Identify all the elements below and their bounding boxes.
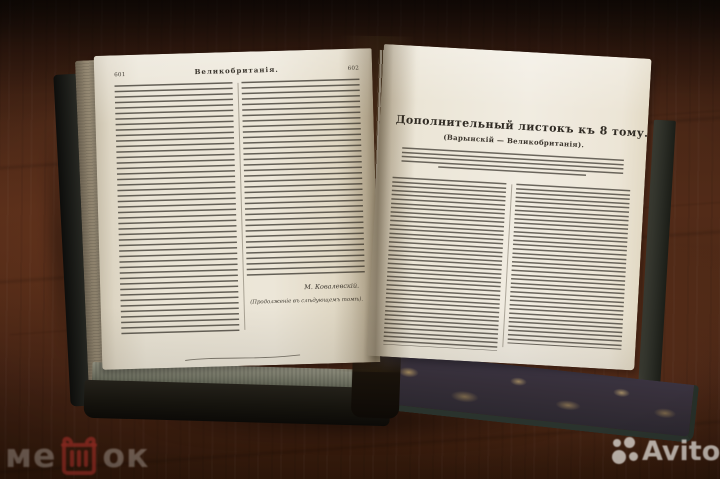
- avito-dots-icon: [612, 437, 639, 467]
- right-column: М. Ковалевскій. (Продолженіе въ слѣдующе…: [241, 79, 366, 334]
- sack-icon: [57, 434, 101, 476]
- left-column: [383, 177, 506, 351]
- body-text-lines: [241, 79, 364, 280]
- body-text-lines: [115, 82, 240, 335]
- right-page-content: Дополнительный листокъ къ 8 тому. (Варын…: [383, 61, 637, 360]
- photo-open-book-on-wood-table: 601 Великобританія. 602 М. Ковалевскій. …: [0, 0, 720, 479]
- right-page-supplement-leaf: Дополнительный листокъ къ 8 тому. (Варын…: [367, 44, 652, 370]
- author-signature: М. Ковалевскій.: [247, 281, 365, 292]
- end-flourish: [184, 352, 302, 363]
- left-column: [115, 82, 240, 337]
- meshok-watermark-text: ок: [102, 436, 149, 475]
- avito-watermark-text: Avito: [642, 436, 720, 467]
- right-column: [507, 184, 630, 358]
- running-title: Великобританія.: [194, 65, 278, 76]
- column-number-right: 602: [348, 66, 360, 72]
- entry-text-lines: [507, 184, 630, 350]
- left-page-content: 601 Великобританія. 602 М. Ковалевскій. …: [114, 63, 367, 360]
- avito-watermark: Avito: [612, 436, 720, 467]
- meshok-watermark-text: ме: [5, 436, 56, 475]
- meshok-watermark: ме ок: [5, 434, 149, 476]
- left-page-columns: М. Ковалевскій. (Продолженіе въ слѣдующе…: [115, 79, 367, 338]
- column-number-left: 601: [114, 72, 126, 78]
- left-page-running-header: 601 Великобританія. 602: [114, 63, 359, 79]
- left-page: 601 Великобританія. 602 М. Ковалевскій. …: [94, 48, 381, 370]
- supplement-columns: [383, 177, 630, 358]
- entry-text-lines: [383, 177, 506, 351]
- continuation-note: (Продолженіе въ слѣдующемъ томѣ).: [248, 296, 366, 305]
